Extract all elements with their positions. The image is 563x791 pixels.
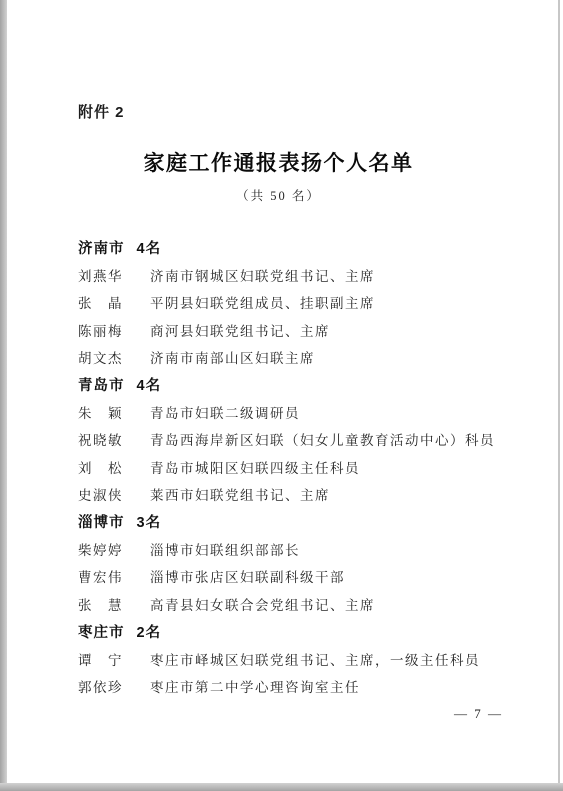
member-title: 济南市南部山区妇联主席 <box>150 347 315 367</box>
page-number: — 7 — <box>454 706 503 722</box>
member-title: 高青县妇女联合会党组书记、主席 <box>150 594 375 614</box>
page-subtitle: （共 50 名） <box>0 186 557 204</box>
member-name: 陈丽梅 <box>78 320 150 340</box>
member-name: 张 晶 <box>78 292 150 312</box>
member-title: 枣庄市峄城区妇联党组书记、主席，一级主任科员 <box>150 649 480 669</box>
member-row: 谭 宁 枣庄市峄城区妇联党组书记、主席，一级主任科员 <box>78 645 527 672</box>
city-count: 3名 <box>137 511 162 532</box>
member-name: 祝晓敏 <box>78 429 150 449</box>
member-title: 济南市钢城区妇联党组书记、主席 <box>150 265 375 285</box>
member-name: 刘燕华 <box>78 265 150 285</box>
scan-edge-right <box>558 0 560 783</box>
member-row: 张 晶 平阴县妇联党组成员、挂职副主席 <box>78 289 527 316</box>
member-row: 柴婷婷 淄博市妇联组织部部长 <box>78 535 527 562</box>
member-title: 莱西市妇联党组书记、主席 <box>150 484 330 504</box>
member-name: 朱 颖 <box>78 402 150 422</box>
member-name: 史淑侠 <box>78 484 150 504</box>
city-section-header: 济南市 4名 <box>78 234 527 261</box>
page-title: 家庭工作通报表扬个人名单 <box>0 147 557 177</box>
member-row: 郭依珍 枣庄市第二中学心理咨询室主任 <box>78 672 527 699</box>
member-row: 曹宏伟 淄博市张店区妇联副科级干部 <box>78 563 527 590</box>
attachment-label: 附件 2 <box>78 101 125 122</box>
member-row: 史淑侠 莱西市妇联党组书记、主席 <box>78 481 527 508</box>
city-section-qingdao: 青岛市 4名 朱 颖 青岛市妇联二级调研员 祝晓敏 青岛西海岸新区妇联（妇女儿童… <box>78 371 527 508</box>
member-title: 商河县妇联党组书记、主席 <box>150 320 330 340</box>
city-name: 济南市 <box>78 237 125 258</box>
member-title: 青岛市城阳区妇联四级主任科员 <box>150 457 360 477</box>
member-row: 刘 松 青岛市城阳区妇联四级主任科员 <box>78 453 527 480</box>
city-section-header: 淄博市 3名 <box>78 508 527 535</box>
commendation-list: 济南市 4名 刘燕华 济南市钢城区妇联党组书记、主席 张 晶 平阴县妇联党组成员… <box>78 234 527 700</box>
city-count: 4名 <box>137 374 162 395</box>
member-name: 柴婷婷 <box>78 539 150 559</box>
member-name: 刘 松 <box>78 457 150 477</box>
member-title: 平阴县妇联党组成员、挂职副主席 <box>150 292 375 312</box>
city-section-header: 枣庄市 2名 <box>78 617 527 644</box>
member-title: 淄博市张店区妇联副科级干部 <box>150 566 345 586</box>
member-name: 谭 宁 <box>78 649 150 669</box>
member-title: 淄博市妇联组织部部长 <box>150 539 300 559</box>
city-section-zaozhuang: 枣庄市 2名 谭 宁 枣庄市峄城区妇联党组书记、主席，一级主任科员 郭依珍 枣庄… <box>78 617 527 699</box>
member-name: 胡文杰 <box>78 347 150 367</box>
city-section-header: 青岛市 4名 <box>78 371 527 398</box>
member-row: 陈丽梅 商河县妇联党组书记、主席 <box>78 316 527 343</box>
member-row: 张 慧 高青县妇女联合会党组书记、主席 <box>78 590 527 617</box>
city-section-jinan: 济南市 4名 刘燕华 济南市钢城区妇联党组书记、主席 张 晶 平阴县妇联党组成员… <box>78 234 527 371</box>
member-row: 祝晓敏 青岛西海岸新区妇联（妇女儿童教育活动中心）科员 <box>78 426 527 453</box>
city-count: 2名 <box>137 621 162 642</box>
document-page: 附件 2 家庭工作通报表扬个人名单 （共 50 名） 济南市 4名 刘燕华 济南… <box>0 0 563 791</box>
member-row: 胡文杰 济南市南部山区妇联主席 <box>78 344 527 371</box>
city-name: 青岛市 <box>78 374 125 395</box>
member-title: 枣庄市第二中学心理咨询室主任 <box>150 676 360 696</box>
city-name: 淄博市 <box>78 511 125 532</box>
member-row: 刘燕华 济南市钢城区妇联党组书记、主席 <box>78 261 527 288</box>
scan-edge-left <box>0 0 7 791</box>
member-name: 郭依珍 <box>78 676 150 696</box>
member-name: 曹宏伟 <box>78 566 150 586</box>
member-title: 青岛市妇联二级调研员 <box>150 402 300 422</box>
member-name: 张 慧 <box>78 594 150 614</box>
member-row: 朱 颖 青岛市妇联二级调研员 <box>78 398 527 425</box>
city-section-zibo: 淄博市 3名 柴婷婷 淄博市妇联组织部部长 曹宏伟 淄博市张店区妇联副科级干部 … <box>78 508 527 618</box>
city-name: 枣庄市 <box>78 621 125 642</box>
scan-edge-bottom <box>0 783 563 791</box>
city-count: 4名 <box>137 237 162 258</box>
member-title: 青岛西海岸新区妇联（妇女儿童教育活动中心）科员 <box>150 429 495 449</box>
